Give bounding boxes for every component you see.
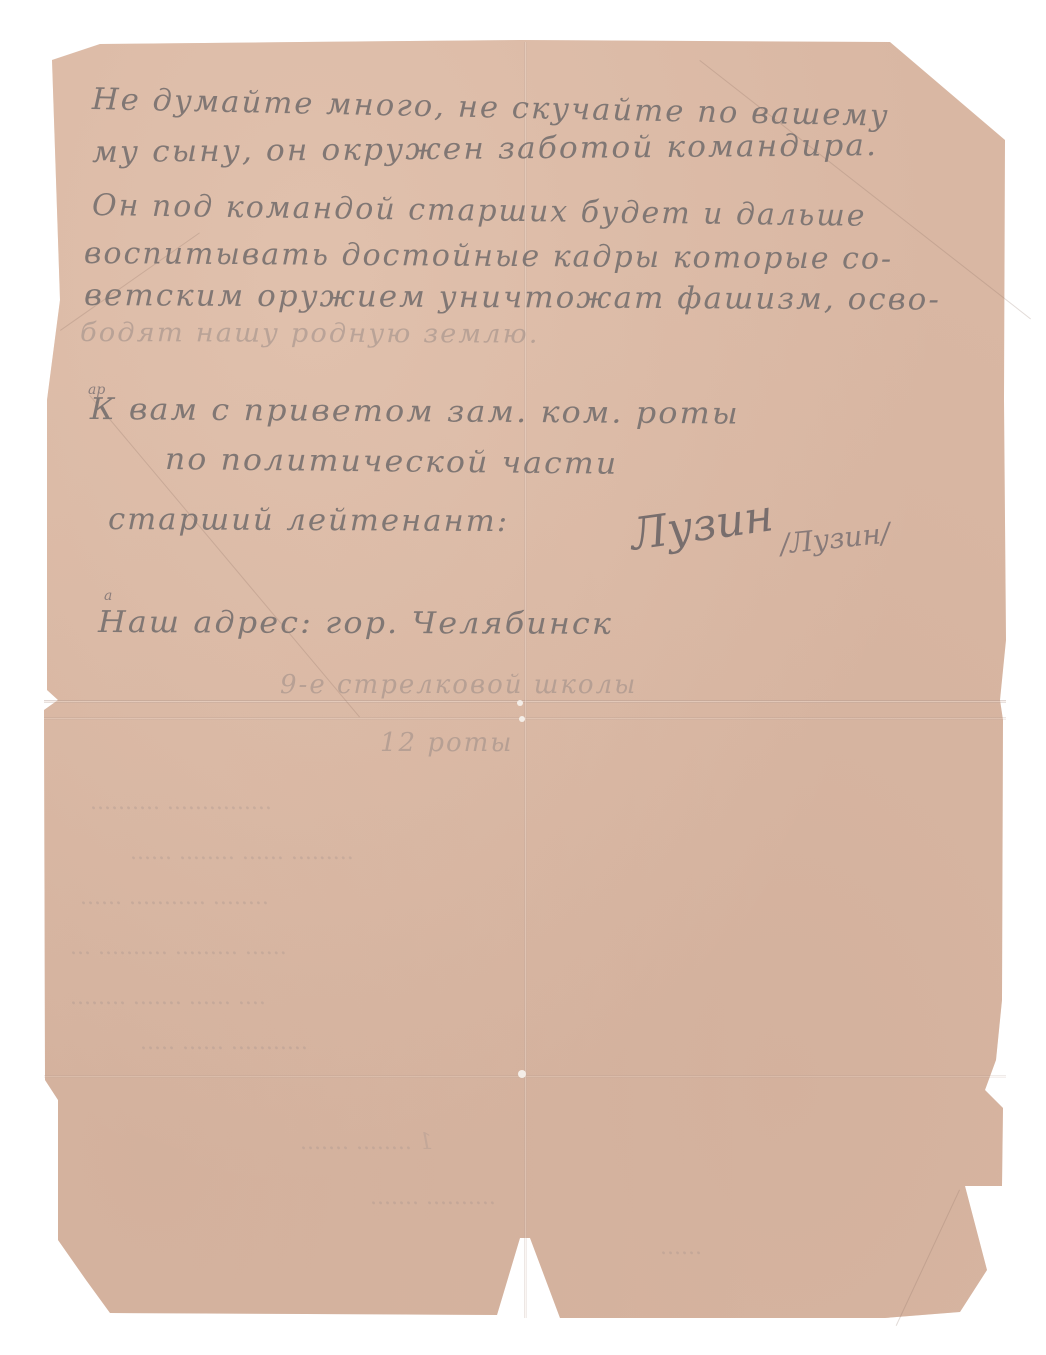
address-line-1: Наш адрес: гор. Челябинск [98,605,613,642]
fold-hole [519,716,525,722]
bleed-through-line: .......... ....... [370,1185,496,1210]
fold-hole [517,700,523,706]
address-mark: а [104,588,112,604]
bleed-through-line: ........... ...... ..... [140,1030,308,1055]
address-line-2: 9-е стрелковой школы [280,670,637,700]
letter-line-5: ветским оружием уничтожат фашизм, осво- [84,278,941,317]
bleed-through-line: ......... ...... ........ ...... [130,840,354,865]
letter-line-2: му сыну, он окружен заботой командира. [92,128,878,170]
bleed-through-line: ........ ........... ...... [80,885,269,910]
closing-line-2: по политической части [165,442,619,482]
bleed-through-line: ...... ......... .......... ... [70,935,287,960]
address-line-3: 12 роты [380,728,513,758]
bleed-through-line: ...... [660,1235,702,1260]
rank-line: старший лейтенант: [108,502,509,539]
closing-line-1: К вам с приветом зам. ком. роты [90,392,740,432]
bleed-through-line: ............... .......... [90,790,272,815]
fold-hole [518,1070,526,1078]
bleed-through-line: 1 ........ ....... [300,1130,433,1155]
letter-line-6: бодят нашу родную землю. [80,318,540,350]
letter-line-4: воспитывать достойные кадры которые со- [84,236,893,277]
bleed-through-line: .... ...... ....... ........ [70,985,266,1010]
